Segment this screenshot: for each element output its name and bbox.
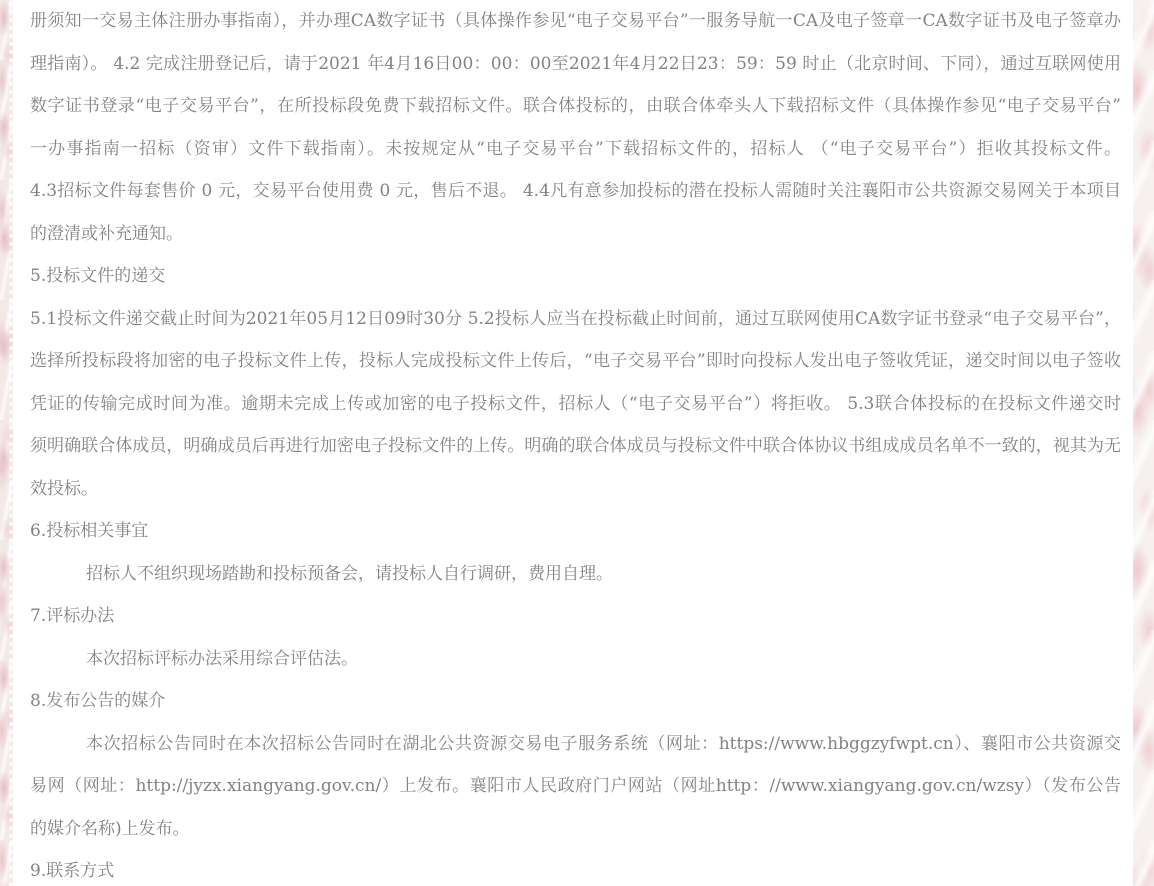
document-line: 本次招标评标办法采用综合评估法。 bbox=[30, 638, 1121, 681]
document-line: 效投标。 bbox=[30, 468, 1121, 511]
document-line: 本次招标公告同时在本次招标公告同时在湖北公共资源交易电子服务系统（网址：http… bbox=[30, 723, 1121, 766]
document-line: 4.3招标文件每套售价 0 元，交易平台使用费 0 元，售后不退。 4.4凡有意… bbox=[30, 170, 1121, 213]
document-line: 数字证书登录“电子交易平台”，在所投标段免费下载招标文件。联合体投标的，由联合体… bbox=[30, 85, 1121, 128]
document-line: 选择所投标段将加密的电子投标文件上传，投标人完成投标文件上传后，“电子交易平台”… bbox=[30, 340, 1121, 383]
document-line: 一办事指南一招标（资审）文件下载指南）。未按规定从“电子交易平台”下载招标文件的… bbox=[30, 128, 1121, 171]
document-line: 招标人不组织现场踏勘和投标预备会，请投标人自行调研，费用自理。 bbox=[30, 553, 1121, 596]
document-line: 的澄清或补充通知。 bbox=[30, 213, 1121, 256]
document-line: 的媒介名称)上发布。 bbox=[30, 808, 1121, 851]
document-body: 册须知一交易主体注册办事指南），并办理CA数字证书（具体操作参见“电子交易平台”… bbox=[13, 0, 1133, 886]
document-line: 5.投标文件的递交 bbox=[30, 255, 1121, 298]
document-line: 册须知一交易主体注册办事指南），并办理CA数字证书（具体操作参见“电子交易平台”… bbox=[30, 0, 1121, 43]
document-line: 7.评标办法 bbox=[30, 595, 1121, 638]
left-border-floral-pattern bbox=[0, 0, 13, 886]
document-line: 6.投标相关事宜 bbox=[30, 510, 1121, 553]
right-border-floral-pattern bbox=[1133, 0, 1154, 886]
document-line: 8.发布公告的媒介 bbox=[30, 680, 1121, 723]
document-line: 须明确联合体成员，明确成员后再进行加密电子投标文件的上传。明确的联合体成员与投标… bbox=[30, 425, 1121, 468]
document-line: 凭证的传输完成时间为准。逾期未完成上传或加密的电子投标文件，招标人（“电子交易平… bbox=[30, 383, 1121, 426]
document-line: 理指南）。 4.2 完成注册登记后，请于2021 年4月16日00：00：00至… bbox=[30, 43, 1121, 86]
document-line: 易网（网址：http://jyzx.xiangyang.gov.cn/）上发布。… bbox=[30, 765, 1121, 808]
document-line: 9.联系方式 bbox=[30, 850, 1121, 886]
document-line: 5.1投标文件递交截止时间为2021年05月12日09时30分 5.2投标人应当… bbox=[30, 298, 1121, 341]
